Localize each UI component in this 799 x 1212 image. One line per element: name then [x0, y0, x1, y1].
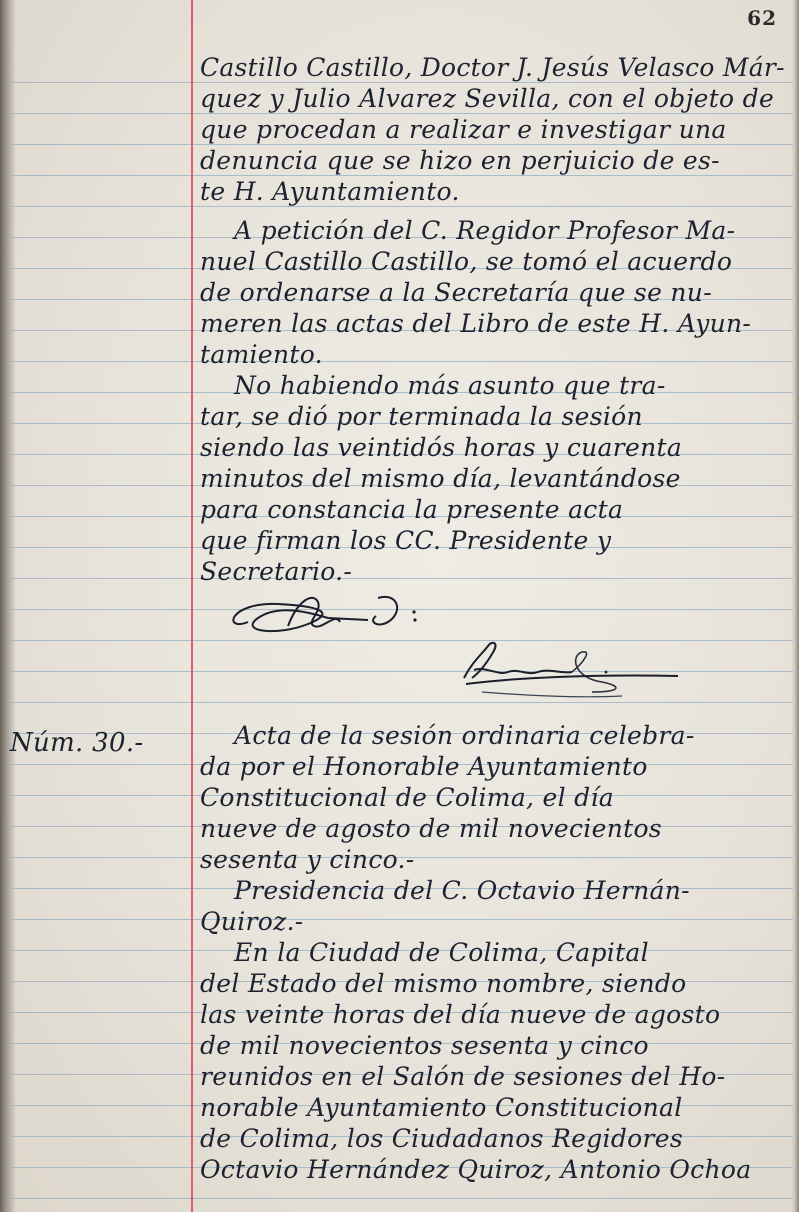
text-line: Quiroz.-: [200, 909, 304, 934]
ledger-page: 62 Castillo Castillo, Doctor J. Jesús Ve…: [0, 0, 799, 1212]
text-line: En la Ciudad de Colima, Capital: [234, 940, 649, 965]
secretary-signature: [452, 632, 692, 707]
text-line: nueve de agosto de mil novecientos: [200, 816, 662, 841]
text-line: Castillo Castillo, Doctor J. Jesús Velas…: [200, 55, 785, 80]
text-line: te H. Ayuntamiento.: [200, 179, 460, 204]
text-line: minutos del mismo día, levantándose: [200, 466, 681, 491]
text-line: las veinte horas del día nueve de agosto: [200, 1002, 720, 1027]
text-line: de Colima, los Ciudadanos Regidores: [200, 1126, 683, 1151]
text-line: Acta de la sesión ordinaria celebra-: [234, 723, 695, 748]
text-line: que procedan a realizar e investigar una: [200, 117, 727, 142]
red-margin-line: [191, 0, 193, 1212]
text-line: Presidencia del C. Octavio Hernán-: [234, 878, 690, 903]
text-line: de ordenarse a la Secretaría que se nu-: [200, 280, 712, 305]
text-line: del Estado del mismo nombre, siendo: [200, 971, 687, 996]
page-edge: [791, 0, 799, 1212]
text-line: A petición del C. Regidor Profesor Ma-: [234, 218, 735, 243]
text-line: tamiento.: [200, 342, 323, 367]
text-line: de mil novecientos sesenta y cinco: [200, 1033, 649, 1058]
text-line: norable Ayuntamiento Constitucional: [200, 1095, 683, 1120]
text-line: da por el Honorable Ayuntamiento: [200, 754, 648, 779]
text-line: Constitucional de Colima, el día: [200, 785, 614, 810]
signature-icon: [452, 632, 692, 702]
text-line: nuel Castillo Castillo, se tomó el acuer…: [200, 249, 732, 274]
text-line: Secretario.-: [200, 559, 352, 584]
book-binding-shadow: [0, 0, 16, 1212]
text-line: que firman los CC. Presidente y: [200, 528, 611, 553]
text-line: denuncia que se hizo en perjuicio de es-: [200, 148, 720, 173]
text-line: para constancia la presente acta: [200, 497, 623, 522]
text-line: sesenta y cinco.-: [200, 847, 415, 872]
text-line: siendo las veintidós horas y cuarenta: [200, 435, 682, 460]
text-line: reunidos en el Salón de sesiones del Ho-: [200, 1064, 725, 1089]
text-line: Octavio Hernández Quiroz, Antonio Ochoa: [200, 1157, 751, 1182]
text-line: No habiendo más asunto que tra-: [234, 373, 666, 398]
page-number: 62: [747, 6, 777, 30]
entry-number: Núm. 30.-: [10, 730, 144, 756]
president-signature: [218, 582, 438, 647]
signature-icon: [218, 582, 438, 642]
text-line: quez y Julio Alvarez Sevilla, con el obj…: [200, 86, 774, 111]
text-line: tar, se dió por terminada la sesión: [200, 404, 643, 429]
text-line: meren las actas del Libro de este H. Ayu…: [200, 311, 751, 336]
